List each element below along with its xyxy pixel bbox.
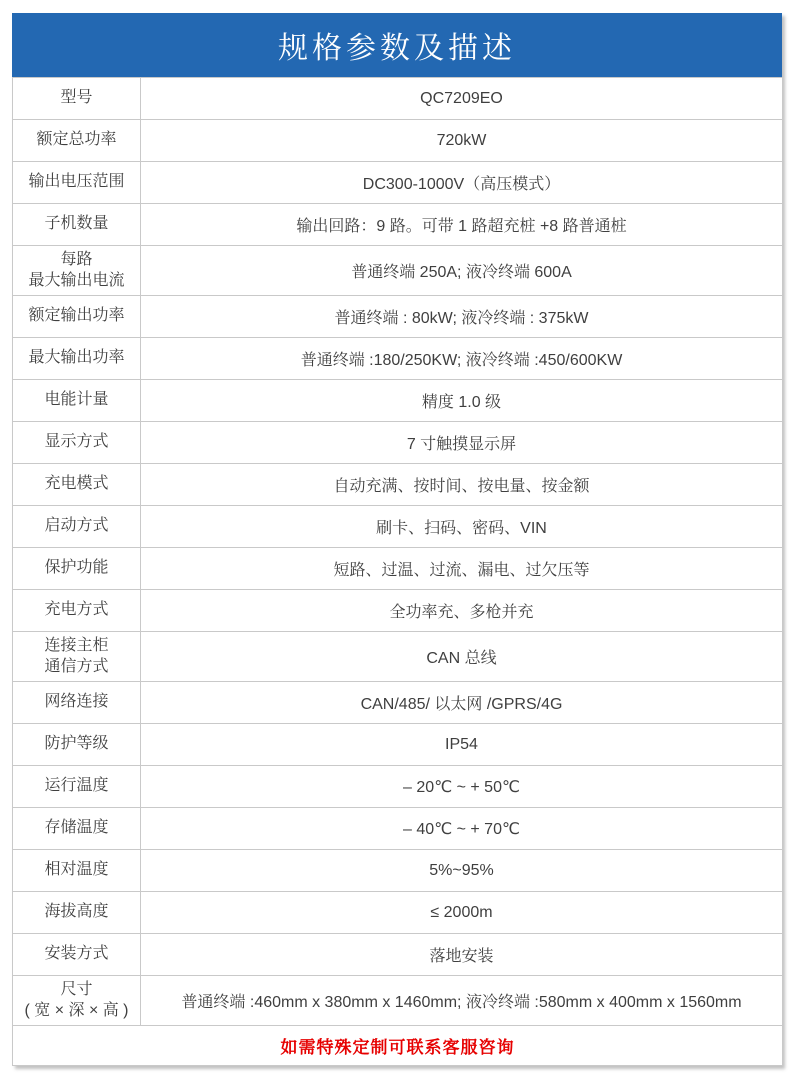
spec-row-label: 最大输出功率: [13, 338, 141, 380]
spec-row-label: 尺寸 ( 宽 × 深 × 高 ): [13, 976, 141, 1026]
spec-row-value: 短路、过温、过流、漏电、过欠压等: [141, 548, 783, 590]
spec-row-value: 落地安装: [141, 934, 783, 976]
spec-row-label: 启动方式: [13, 506, 141, 548]
spec-row-label: 充电方式: [13, 590, 141, 632]
spec-row-label: 输出电压范围: [13, 162, 141, 204]
table-row: 每路 最大输出电流普通终端 250A; 液冷终端 600A: [13, 246, 783, 296]
table-row: 连接主柜 通信方式CAN 总线: [13, 632, 783, 682]
spec-row-value: 720kW: [141, 120, 783, 162]
spec-row-label: 网络连接: [13, 682, 141, 724]
sheet-title-bar: 规格参数及描述: [12, 13, 782, 77]
table-row: 充电方式全功率充、多枪并充: [13, 590, 783, 632]
spec-row-label: 子机数量: [13, 204, 141, 246]
spec-row-value: – 20℃ ~ + 50℃: [141, 766, 783, 808]
spec-row-value: 普通终端 : 80kW; 液冷终端 : 375kW: [141, 296, 783, 338]
table-row: 运行温度– 20℃ ~ + 50℃: [13, 766, 783, 808]
table-row: 相对温度5%~95%: [13, 850, 783, 892]
spec-row-label: 连接主柜 通信方式: [13, 632, 141, 682]
table-row: 海拔高度≤ 2000m: [13, 892, 783, 934]
spec-row-label: 电能计量: [13, 380, 141, 422]
table-row: 安装方式落地安装: [13, 934, 783, 976]
spec-row-label: 每路 最大输出电流: [13, 246, 141, 296]
spec-row-value: 普通终端 :180/250KW; 液冷终端 :450/600KW: [141, 338, 783, 380]
spec-row-label: 额定总功率: [13, 120, 141, 162]
spec-row-value: 输出回路：9 路。可带 1 路超充桩 +8 路普通桩: [141, 204, 783, 246]
table-row: 充电模式自动充满、按时间、按电量、按金额: [13, 464, 783, 506]
spec-row-value: CAN/485/ 以太网 /GPRS/4G: [141, 682, 783, 724]
table-row: 额定总功率720kW: [13, 120, 783, 162]
spec-row-value: 自动充满、按时间、按电量、按金额: [141, 464, 783, 506]
table-row: 网络连接CAN/485/ 以太网 /GPRS/4G: [13, 682, 783, 724]
table-row: 防护等级IP54: [13, 724, 783, 766]
spec-row-value: 普通终端 :460mm x 380mm x 1460mm; 液冷终端 :580m…: [141, 976, 783, 1026]
table-row: 型号QC7209EO: [13, 78, 783, 120]
spec-row-value: DC300-1000V（高压模式）: [141, 162, 783, 204]
table-row: 电能计量精度 1.0 级: [13, 380, 783, 422]
spec-row-value: – 40℃ ~ + 70℃: [141, 808, 783, 850]
table-row: 额定输出功率普通终端 : 80kW; 液冷终端 : 375kW: [13, 296, 783, 338]
spec-row-value: QC7209EO: [141, 78, 783, 120]
spec-row-value: 普通终端 250A; 液冷终端 600A: [141, 246, 783, 296]
spec-row-value: IP54: [141, 724, 783, 766]
spec-table: 型号QC7209EO额定总功率720kW输出电压范围DC300-1000V（高压…: [12, 77, 783, 1066]
table-row: 尺寸 ( 宽 × 深 × 高 )普通终端 :460mm x 380mm x 14…: [13, 976, 783, 1026]
table-row: 启动方式刷卡、扫码、密码、VIN: [13, 506, 783, 548]
spec-sheet: 规格参数及描述 型号QC7209EO额定总功率720kW输出电压范围DC300-…: [12, 13, 782, 1066]
page-title: 规格参数及描述: [278, 23, 516, 67]
spec-row-value: CAN 总线: [141, 632, 783, 682]
table-row: 显示方式7 寸触摸显示屏: [13, 422, 783, 464]
table-row: 最大输出功率普通终端 :180/250KW; 液冷终端 :450/600KW: [13, 338, 783, 380]
table-row: 子机数量输出回路：9 路。可带 1 路超充桩 +8 路普通桩: [13, 204, 783, 246]
spec-row-value: 5%~95%: [141, 850, 783, 892]
table-row: 输出电压范围DC300-1000V（高压模式）: [13, 162, 783, 204]
spec-row-label: 保护功能: [13, 548, 141, 590]
spec-row-value: 全功率充、多枪并充: [141, 590, 783, 632]
spec-row-label: 海拔高度: [13, 892, 141, 934]
spec-row-label: 显示方式: [13, 422, 141, 464]
spec-row-value: 精度 1.0 级: [141, 380, 783, 422]
spec-row-label: 存储温度: [13, 808, 141, 850]
spec-row-value: 7 寸触摸显示屏: [141, 422, 783, 464]
spec-row-label: 额定输出功率: [13, 296, 141, 338]
spec-row-label: 运行温度: [13, 766, 141, 808]
spec-table-body: 型号QC7209EO额定总功率720kW输出电压范围DC300-1000V（高压…: [13, 78, 783, 1066]
custom-order-note: 如需特殊定制可联系客服咨询: [13, 1026, 783, 1066]
spec-row-value: 刷卡、扫码、密码、VIN: [141, 506, 783, 548]
spec-row-value: ≤ 2000m: [141, 892, 783, 934]
spec-row-label: 安装方式: [13, 934, 141, 976]
table-row: 保护功能短路、过温、过流、漏电、过欠压等: [13, 548, 783, 590]
spec-row-label: 充电模式: [13, 464, 141, 506]
table-row: 存储温度– 40℃ ~ + 70℃: [13, 808, 783, 850]
table-row: 如需特殊定制可联系客服咨询: [13, 1026, 783, 1066]
spec-row-label: 防护等级: [13, 724, 141, 766]
spec-row-label: 相对温度: [13, 850, 141, 892]
spec-row-label: 型号: [13, 78, 141, 120]
